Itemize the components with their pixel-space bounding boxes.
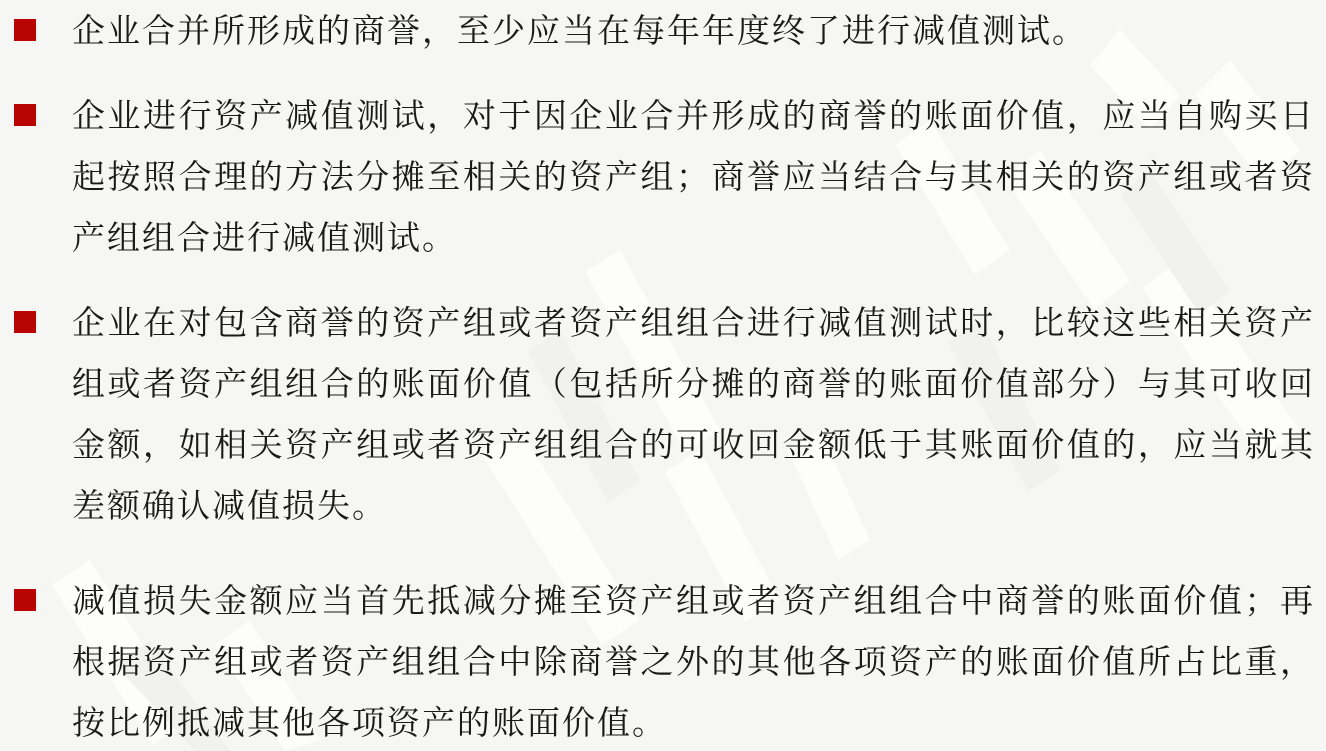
bullet-item-1: 企业合并所形成的商誉，至少应当在每年年度终了进行减值测试。 [0, 0, 1315, 61]
bullet-text-4: 减值损失金额应当首先抵减分摊至资产组或者资产组组合中商誉的账面价值；再根据资产组… [72, 570, 1315, 751]
bullet-text-1: 企业合并所形成的商誉，至少应当在每年年度终了进行减值测试。 [72, 0, 1315, 61]
bullet-square-icon [14, 104, 36, 126]
bullet-item-4: 减值损失金额应当首先抵减分摊至资产组或者资产组组合中商誉的账面价值；再根据资产组… [0, 570, 1315, 751]
bullet-text-2: 企业进行资产减值测试，对于因企业合并形成的商誉的账面价值，应当自购买日起按照合理… [72, 85, 1315, 268]
bullet-square-icon [14, 19, 36, 41]
bullet-text-3: 企业在对包含商誉的资产组或者资产组组合进行减值测试时，比较这些相关资产组或者资产… [72, 292, 1315, 536]
bullet-square-icon [14, 589, 36, 611]
bullet-list: 企业合并所形成的商誉，至少应当在每年年度终了进行减值测试。 企业进行资产减值测试… [0, 0, 1326, 751]
bullet-square-icon [14, 311, 36, 333]
bullet-item-2: 企业进行资产减值测试，对于因企业合并形成的商誉的账面价值，应当自购买日起按照合理… [0, 85, 1315, 268]
slide: 企业合并所形成的商誉，至少应当在每年年度终了进行减值测试。 企业进行资产减值测试… [0, 0, 1326, 751]
bullet-item-3: 企业在对包含商誉的资产组或者资产组组合进行减值测试时，比较这些相关资产组或者资产… [0, 292, 1315, 536]
